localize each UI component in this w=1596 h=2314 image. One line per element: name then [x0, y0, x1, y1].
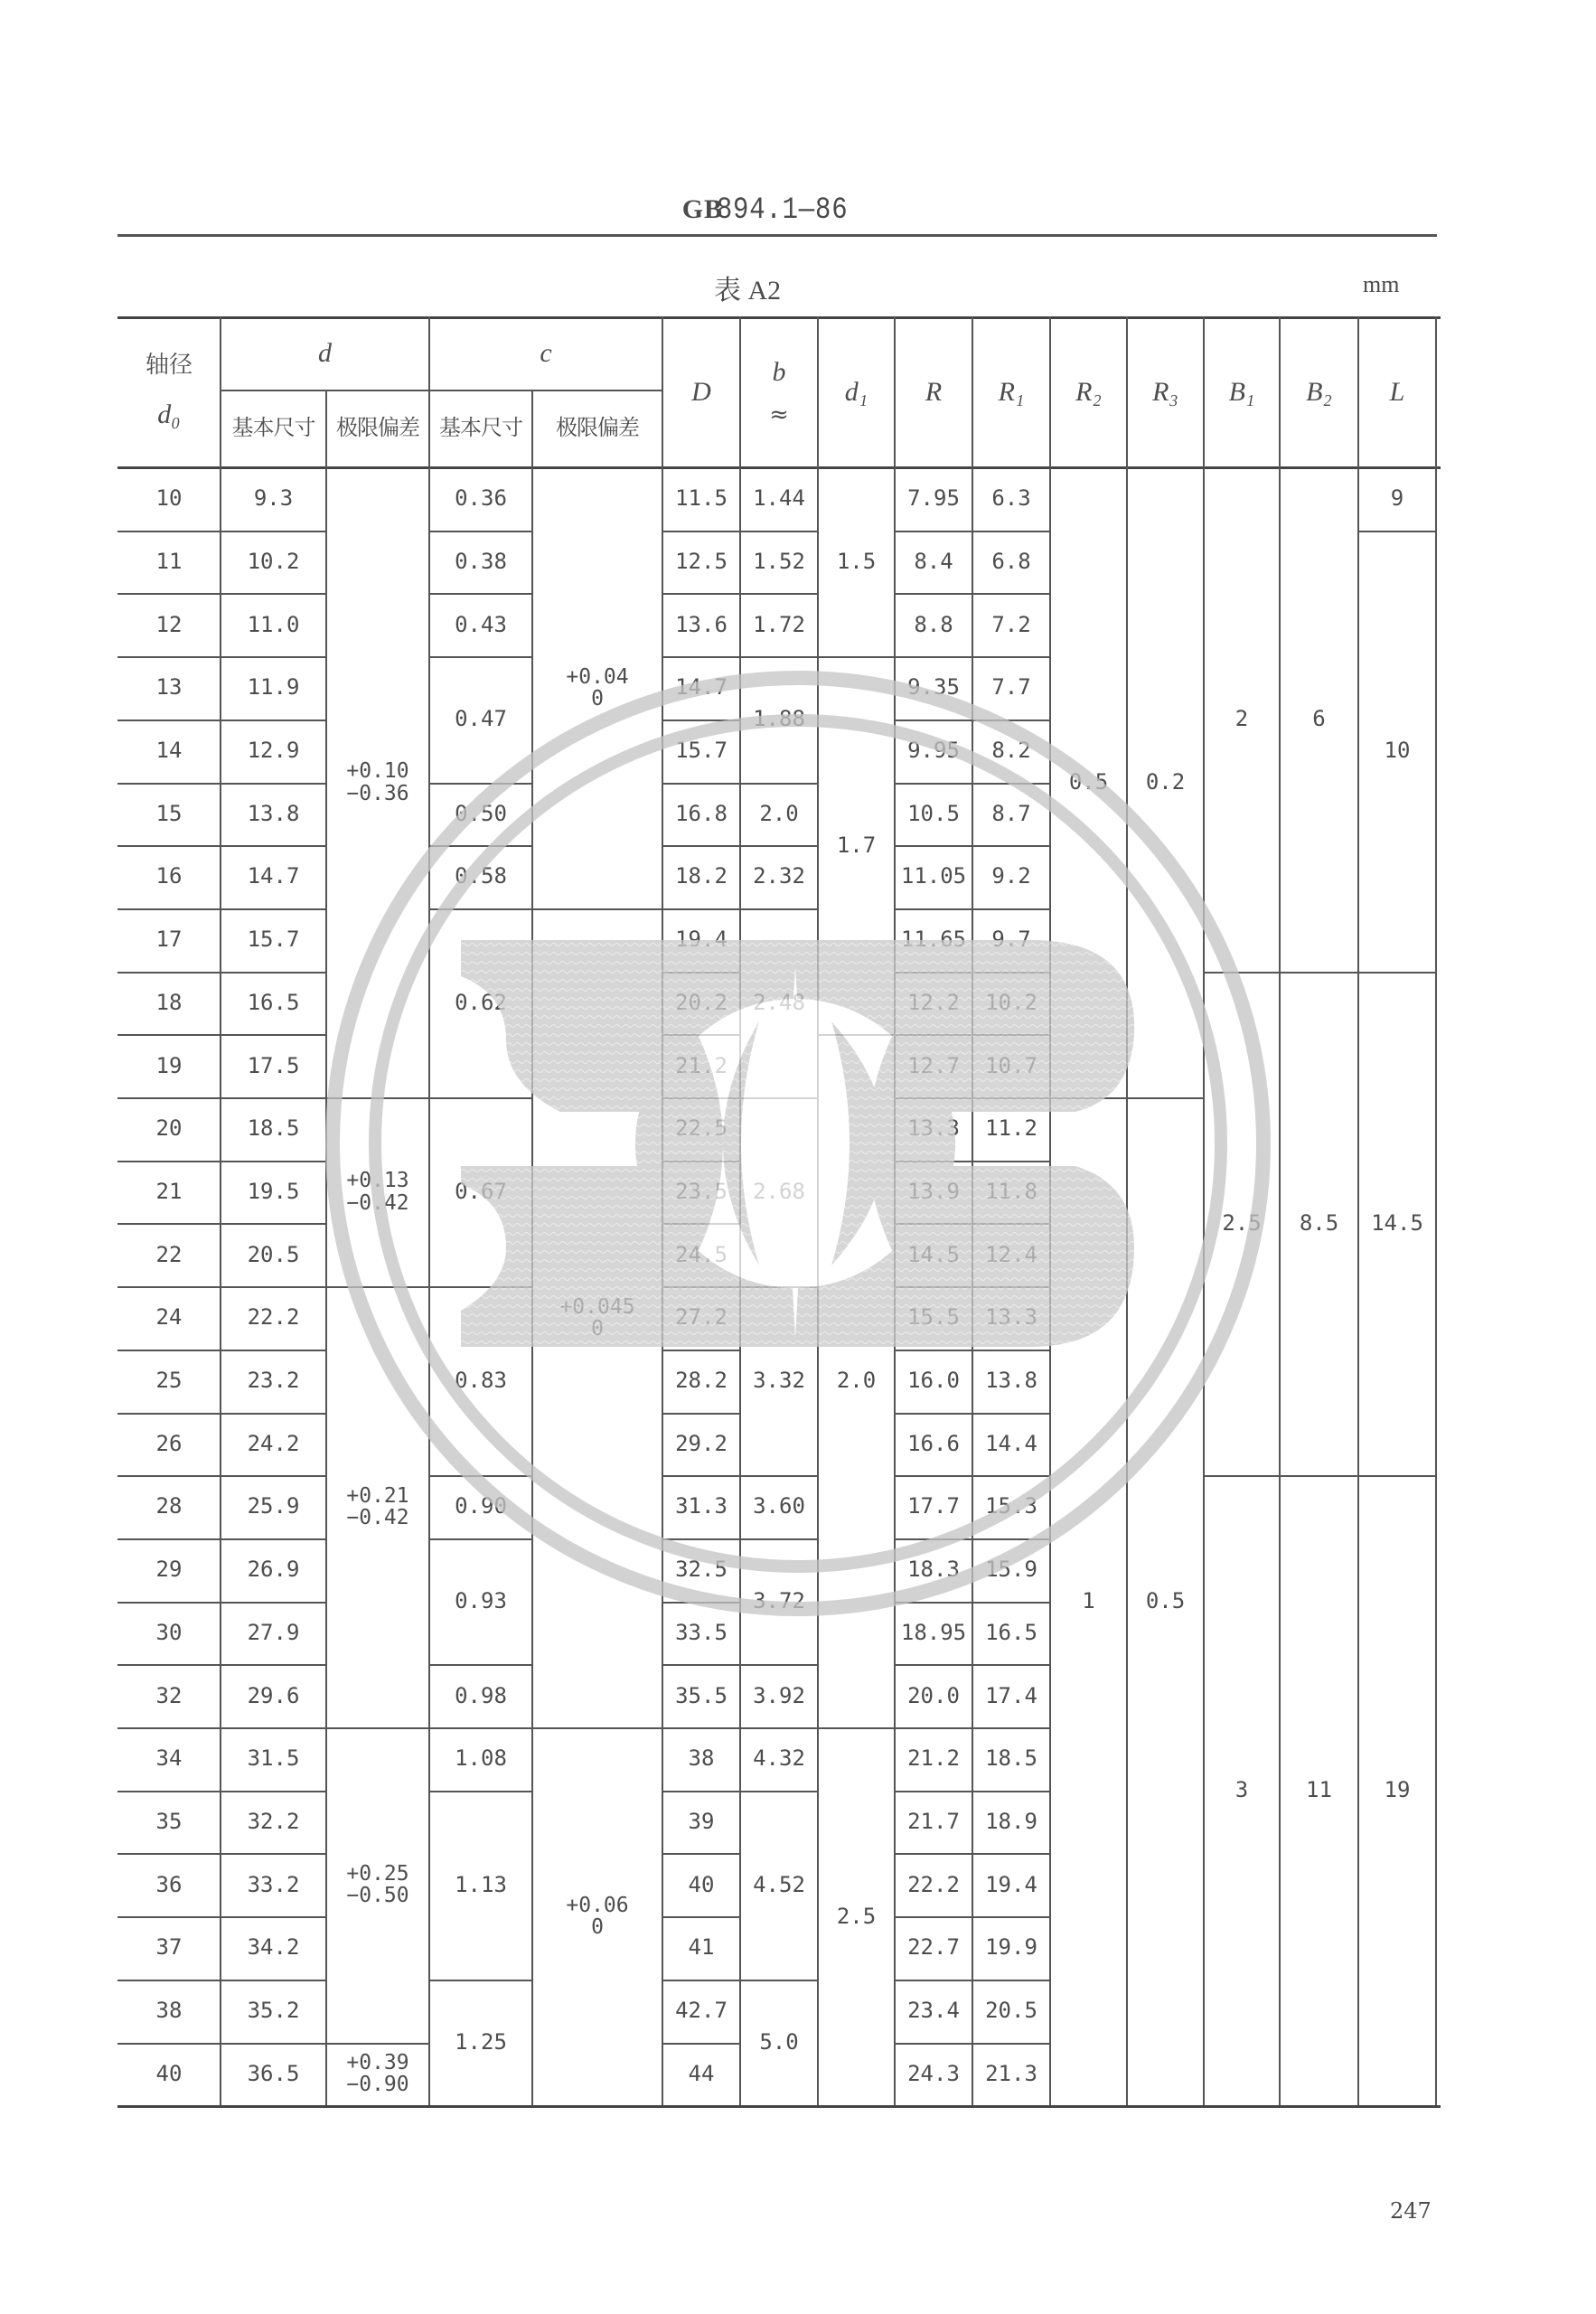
- rule-line: [221, 1475, 326, 1477]
- shaft-diameter-cell: 32: [117, 1664, 221, 1727]
- rule-line: [662, 1475, 740, 1477]
- rule-line: [895, 1350, 972, 1351]
- D-cell: 22.5: [662, 1097, 740, 1161]
- standard-title: GB894.1—86: [0, 190, 1596, 228]
- header-symbol: R₃: [1152, 378, 1178, 407]
- rule-line: [895, 1853, 972, 1855]
- D-cell: 13.6: [662, 593, 740, 656]
- rule-line: [117, 1034, 221, 1036]
- d-tol-cell: +0.13 −0.42: [326, 1097, 429, 1286]
- d-basic-cell: 31.5: [221, 1727, 326, 1791]
- shaft-diameter-cell: 22: [117, 1223, 221, 1286]
- shaft-diameter-cell: 16: [117, 845, 221, 908]
- rule-line: [818, 656, 895, 658]
- rule-line: [221, 531, 326, 532]
- shaft-diameter-cell: 30: [117, 1602, 221, 1665]
- rule-line: [662, 845, 740, 847]
- shaft-diameter-cell: 12: [117, 593, 221, 656]
- D-cell: 41: [662, 1916, 740, 1980]
- rule-line: [117, 1791, 221, 1792]
- rule-line: [662, 908, 740, 910]
- B1-cell: 2.5: [1204, 972, 1280, 1476]
- rule-line: [972, 656, 1050, 658]
- rule-line: [662, 1727, 740, 1729]
- rule-line: [117, 972, 221, 974]
- rule-line: [1280, 1475, 1358, 1477]
- rule-line: [972, 1161, 1050, 1162]
- rule-line: [1358, 531, 1436, 532]
- D-cell: 12.5: [662, 531, 740, 594]
- rule-line: [532, 908, 662, 910]
- shaft-diameter-cell: 29: [117, 1538, 221, 1602]
- b-cell: 4.52: [740, 1791, 818, 1980]
- c-basic-cell: 1.08: [429, 1727, 532, 1791]
- rule-line: [895, 972, 972, 974]
- R1-cell: 13.8: [972, 1350, 1050, 1413]
- rule-line: [429, 656, 532, 658]
- rule-line: [117, 908, 221, 910]
- header-symbol: B₁: [1229, 378, 1255, 407]
- shaft-diameter-cell: 18: [117, 972, 221, 1035]
- rule-line: [972, 720, 1050, 721]
- rule-line: [221, 1097, 326, 1099]
- R1-cell: 12.4: [972, 1223, 1050, 1286]
- rule-line: [326, 2043, 429, 2045]
- R2-cell: 0.5: [1050, 467, 1127, 1097]
- D-cell: 16.8: [662, 783, 740, 846]
- d-basic-cell: 12.9: [221, 720, 326, 783]
- D-cell: 23.5: [662, 1161, 740, 1224]
- rule-line: [221, 783, 326, 785]
- R-cell: 13.3: [895, 1097, 972, 1161]
- R1-cell: 10.2: [972, 972, 1050, 1035]
- R-cell: 12.7: [895, 1034, 972, 1097]
- R1-cell: 16.5: [972, 1602, 1050, 1665]
- rule-line: [662, 1602, 740, 1604]
- header-d-limit-deviation: 极限偏差: [326, 390, 429, 467]
- d-basic-cell: 20.5: [221, 1223, 326, 1286]
- rule-line: [221, 1916, 326, 1918]
- shaft-diameter-cell: 11: [117, 531, 221, 594]
- rule-line: [972, 593, 1050, 595]
- rule-line: [740, 1538, 818, 1540]
- rule-line: [221, 908, 326, 910]
- header-c-basic-size: 基本尺寸: [429, 390, 532, 467]
- d-basic-cell: 34.2: [221, 1916, 326, 1980]
- c-tol-cell: +0.06 0: [532, 1727, 662, 2105]
- rule-line: [662, 783, 740, 785]
- d-basic-cell: 17.5: [221, 1034, 326, 1097]
- R-cell: 24.3: [895, 2043, 972, 2106]
- rule-line: [895, 908, 972, 910]
- rule-line: [1050, 1097, 1127, 1099]
- shaft-diameter-cell: 36: [117, 1853, 221, 1916]
- c-basic-cell: 0.62: [429, 908, 532, 1097]
- R-cell: 12.2: [895, 972, 972, 1035]
- rule-line: [740, 593, 818, 595]
- rule-line: [117, 1664, 221, 1666]
- rule-line: [895, 783, 972, 785]
- rule-line: [895, 1538, 972, 1540]
- c-tol-cell: +0.04 0: [532, 467, 662, 908]
- rule-line: [429, 908, 532, 910]
- rule-line: [1358, 972, 1436, 974]
- R1-cell: 9.7: [972, 908, 1050, 972]
- rule-line: [221, 1223, 326, 1225]
- shaft-diameter-cell: 28: [117, 1475, 221, 1538]
- rule-line: [221, 1413, 326, 1415]
- L-cell: 14.5: [1358, 972, 1436, 1476]
- B2-cell: 11: [1280, 1475, 1358, 2105]
- rule-line: [117, 1475, 221, 1477]
- rule-line: [740, 783, 818, 785]
- c-basic-cell: 0.38: [429, 531, 532, 594]
- c-basic-cell: 0.43: [429, 593, 532, 656]
- header-b: b≈: [740, 316, 818, 467]
- R1-cell: 18.9: [972, 1791, 1050, 1854]
- L-cell: 19: [1358, 1475, 1436, 2105]
- rule-line: [895, 1791, 972, 1792]
- c-basic-cell: 0.36: [429, 467, 532, 531]
- D-cell: 32.5: [662, 1538, 740, 1602]
- rule-line: [895, 1916, 972, 1918]
- rule-line: [895, 1223, 972, 1225]
- shaft-diameter-cell: 19: [117, 1034, 221, 1097]
- rule-line: [221, 1664, 326, 1666]
- rule-line: [221, 1727, 326, 1729]
- rule-line: [972, 1350, 1050, 1351]
- rule-line: [662, 1853, 740, 1855]
- d-basic-cell: 10.2: [221, 531, 326, 594]
- rule-line: [972, 531, 1050, 532]
- rule-line: [429, 1727, 532, 1729]
- R-cell: 14.5: [895, 1223, 972, 1286]
- d-basic-cell: 22.2: [221, 1286, 326, 1350]
- c-basic-cell: 1.25: [429, 1980, 532, 2105]
- rule-line: [895, 845, 972, 847]
- rule-line: [895, 1602, 972, 1604]
- rule-line: [221, 1791, 326, 1792]
- rule-line: [429, 1538, 532, 1540]
- header-c: c: [429, 316, 662, 390]
- R1-cell: 15.9: [972, 1538, 1050, 1602]
- R1-cell: 17.4: [972, 1664, 1050, 1727]
- D-cell: 31.3: [662, 1475, 740, 1538]
- header-symbol: d₀: [157, 400, 180, 429]
- d-tol-cell: +0.25 −0.50: [326, 1727, 429, 2043]
- R-cell: 11.65: [895, 908, 972, 972]
- rule-line: [972, 1413, 1050, 1415]
- c-basic-cell: 0.50: [429, 783, 532, 846]
- b-cell: 5.0: [740, 1980, 818, 2105]
- d-basic-cell: 9.3: [221, 467, 326, 531]
- rule-line: [972, 1853, 1050, 1855]
- rule-line: [972, 972, 1050, 974]
- rule-line: [895, 1475, 972, 1477]
- rule-line: [972, 1286, 1050, 1288]
- D-cell: 20.2: [662, 972, 740, 1035]
- header-c-limit-deviation: 极限偏差: [532, 390, 662, 467]
- R1-cell: 19.4: [972, 1853, 1050, 1916]
- rule-line: [740, 1475, 818, 1477]
- rule-line: [429, 1475, 532, 1477]
- rule-line: [662, 531, 740, 532]
- R1-cell: 6.3: [972, 467, 1050, 531]
- d-tol-cell: +0.39 −0.90: [326, 2043, 429, 2106]
- rule-line: [972, 1727, 1050, 1729]
- rule-line: [117, 2105, 1441, 2108]
- rule-line: [895, 1727, 972, 1729]
- header-R3: R₃: [1127, 316, 1204, 467]
- R-cell: 13.9: [895, 1161, 972, 1224]
- header-d: d: [221, 316, 429, 390]
- rule-line: [117, 720, 221, 721]
- rule-line: [117, 531, 221, 532]
- R1-cell: 9.2: [972, 845, 1050, 908]
- shaft-diameter-cell: 24: [117, 1286, 221, 1350]
- rule-line: [972, 783, 1050, 785]
- rule-line: [117, 845, 221, 847]
- R-cell: 18.3: [895, 1538, 972, 1602]
- rule-line: [662, 656, 740, 658]
- rule-line: [972, 845, 1050, 847]
- shaft-diameter-cell: 20: [117, 1097, 221, 1161]
- b-cell: 1.88: [740, 656, 818, 782]
- rule-line: [662, 1034, 740, 1036]
- shaft-diameter-cell: 35: [117, 1791, 221, 1854]
- D-cell: 35.5: [662, 1664, 740, 1727]
- header-symbol: R: [925, 378, 942, 407]
- rule-line: [117, 1727, 221, 1729]
- header-symbol: d: [318, 339, 332, 368]
- rule-line: [972, 1791, 1050, 1792]
- rule-line: [662, 972, 740, 974]
- c-basic-cell: 0.58: [429, 845, 532, 908]
- R1-cell: 11.8: [972, 1161, 1050, 1224]
- rule-line: [972, 1223, 1050, 1225]
- rule-line: [326, 1286, 429, 1288]
- c-basic-cell: 0.67: [429, 1097, 532, 1286]
- header-D: D: [662, 316, 740, 467]
- d-tol-cell: +0.21 −0.42: [326, 1286, 429, 1727]
- d-basic-cell: 24.2: [221, 1413, 326, 1476]
- R-cell: 8.8: [895, 593, 972, 656]
- R-cell: 21.2: [895, 1727, 972, 1791]
- R-cell: 11.05: [895, 845, 972, 908]
- D-cell: 18.2: [662, 845, 740, 908]
- b-cell: 2.0: [740, 783, 818, 846]
- R-cell: 9.35: [895, 656, 972, 720]
- rule-line: [117, 1097, 221, 1099]
- B2-cell: 6: [1280, 467, 1358, 972]
- D-cell: 15.7: [662, 720, 740, 783]
- rule-line: [117, 2043, 221, 2045]
- rule-line: [221, 845, 326, 847]
- d-tol-cell: +0.10 −0.36: [326, 467, 429, 1097]
- header-symbol: L: [1390, 378, 1405, 407]
- rule-line: [740, 531, 818, 532]
- shaft-diameter-cell: 34: [117, 1727, 221, 1791]
- rule-line: [895, 1980, 972, 1981]
- rule-line: [972, 1097, 1050, 1099]
- R1-cell: 19.9: [972, 1916, 1050, 1980]
- rule-line: [117, 593, 221, 595]
- d-basic-cell: 23.2: [221, 1350, 326, 1413]
- b-cell: 2.68: [740, 1097, 818, 1286]
- d-basic-cell: 27.9: [221, 1602, 326, 1665]
- c-tol-cell: +0.045 0: [532, 908, 662, 1727]
- rule-line: [895, 1034, 972, 1036]
- b-cell: 3.32: [740, 1286, 818, 1475]
- page-number: 247: [1390, 2198, 1432, 2224]
- rule-line: [662, 1538, 740, 1540]
- R-cell: 22.2: [895, 1853, 972, 1916]
- header-symbol: D: [691, 378, 711, 407]
- rule-line: [429, 531, 532, 532]
- R-cell: 18.95: [895, 1602, 972, 1665]
- L-cell: 9: [1358, 467, 1436, 531]
- D-cell: 33.5: [662, 1602, 740, 1665]
- R1-cell: 11.2: [972, 1097, 1050, 1161]
- c-basic-cell: 0.47: [429, 656, 532, 782]
- R1-cell: 7.2: [972, 593, 1050, 656]
- rule-line: [740, 1097, 818, 1099]
- header-symbol: R₁: [999, 378, 1025, 407]
- d-basic-cell: 19.5: [221, 1161, 326, 1224]
- rule-line: [117, 1350, 221, 1351]
- header-R2: R₂: [1050, 316, 1127, 467]
- d-basic-cell: 29.6: [221, 1664, 326, 1727]
- rule-line: [221, 593, 326, 595]
- shaft-diameter-cell: 13: [117, 656, 221, 720]
- d-basic-cell: 32.2: [221, 1791, 326, 1854]
- R-cell: 23.4: [895, 1980, 972, 2043]
- rule-line: [117, 656, 221, 658]
- c-basic-cell: 0.90: [429, 1475, 532, 1538]
- b-cell: 2.48: [740, 908, 818, 1097]
- R1-cell: 21.3: [972, 2043, 1050, 2106]
- rule-line: [895, 1161, 972, 1162]
- rule-line: [429, 593, 532, 595]
- rule-line: [895, 720, 972, 721]
- header-symbol: c: [540, 339, 551, 368]
- rule-line: [117, 1602, 221, 1604]
- d-basic-cell: 16.5: [221, 972, 326, 1035]
- rule-line: [818, 1727, 895, 1729]
- rule-line: [221, 656, 326, 658]
- d-basic-cell: 26.9: [221, 1538, 326, 1602]
- rule-line: [221, 2043, 326, 2045]
- shaft-diameter-cell: 38: [117, 1980, 221, 2043]
- rule-line: [1358, 1475, 1436, 1477]
- R-cell: 9.95: [895, 720, 972, 783]
- header-L: L: [1358, 316, 1436, 467]
- rule-line: [895, 593, 972, 595]
- shaft-diameter-cell: 14: [117, 720, 221, 783]
- L-cell: 10: [1358, 531, 1436, 972]
- rule-line: [662, 593, 740, 595]
- rule-line: [117, 1223, 221, 1225]
- R-cell: 7.95: [895, 467, 972, 531]
- rule-line: [972, 1034, 1050, 1036]
- rule-line: [662, 720, 740, 721]
- header-d1: d₁: [818, 316, 895, 467]
- R1-cell: 7.7: [972, 656, 1050, 720]
- R-cell: 20.0: [895, 1664, 972, 1727]
- R1-cell: 14.4: [972, 1413, 1050, 1476]
- table-caption: 表 A2: [714, 268, 781, 307]
- shaft-diameter-cell: 15: [117, 783, 221, 846]
- header-R: R: [895, 316, 972, 467]
- rule-line: [429, 1980, 532, 1981]
- rule-line: [972, 2043, 1050, 2045]
- rule-line: [117, 1538, 221, 1540]
- rule-line: [740, 845, 818, 847]
- rule-line: [972, 1916, 1050, 1918]
- shaft-diameter-cell: 37: [117, 1916, 221, 1980]
- rule-line: [662, 1413, 740, 1415]
- b-cell: 3.92: [740, 1664, 818, 1727]
- header-B1: B₁: [1204, 316, 1280, 467]
- rule-line: [662, 1350, 740, 1351]
- header-d-basic-size: 基本尺寸: [221, 390, 326, 467]
- rule-line: [117, 783, 221, 785]
- b-cell: 2.32: [740, 845, 818, 908]
- shaft-diameter-cell: 21: [117, 1161, 221, 1224]
- d-basic-cell: 15.7: [221, 908, 326, 972]
- R-cell: 22.7: [895, 1916, 972, 1980]
- d-basic-cell: 25.9: [221, 1475, 326, 1538]
- R3-cell: 0.2: [1127, 467, 1204, 1097]
- b-cell: 3.72: [740, 1538, 818, 1664]
- d1-cell: 1.7: [818, 656, 895, 1034]
- unit-label: mm: [1363, 271, 1399, 298]
- rule-line: [972, 908, 1050, 910]
- rule-line: [429, 1664, 532, 1666]
- header-symbol: R₂: [1075, 378, 1102, 407]
- c-basic-cell: 1.13: [429, 1791, 532, 1980]
- d1-cell: 2.0: [818, 1034, 895, 1727]
- D-cell: 42.7: [662, 1980, 740, 2043]
- rule-line: [429, 783, 532, 785]
- b-cell: 1.44: [740, 467, 818, 531]
- rule-line: [662, 1286, 740, 1288]
- header-B2: B₂: [1280, 316, 1358, 467]
- rule-line: [895, 531, 972, 532]
- shaft-diameter-cell: 25: [117, 1350, 221, 1413]
- d-basic-cell: 11.9: [221, 656, 326, 720]
- rule-line: [662, 1791, 740, 1792]
- rule-line: [662, 2043, 740, 2045]
- rule-line: [221, 1602, 326, 1604]
- rule-line: [117, 1161, 221, 1162]
- rule-line: [740, 656, 818, 658]
- shaft-diameter-cell: 40: [117, 2043, 221, 2106]
- R-cell: 8.4: [895, 531, 972, 594]
- R1-cell: 15.3: [972, 1475, 1050, 1538]
- R1-cell: 20.5: [972, 1980, 1050, 2043]
- rule-line: [740, 1791, 818, 1792]
- rule-line: [1204, 1475, 1280, 1477]
- rule-line: [1204, 972, 1280, 974]
- shaft-diameter-cell: 10: [117, 467, 221, 531]
- header-shaft-diameter: 轴径d₀: [117, 316, 221, 467]
- standard-number: 894.1—86: [717, 193, 849, 228]
- rule-line: [972, 1475, 1050, 1477]
- rule-line: [326, 1097, 429, 1099]
- rule-line: [662, 1664, 740, 1666]
- R1-cell: 8.7: [972, 783, 1050, 846]
